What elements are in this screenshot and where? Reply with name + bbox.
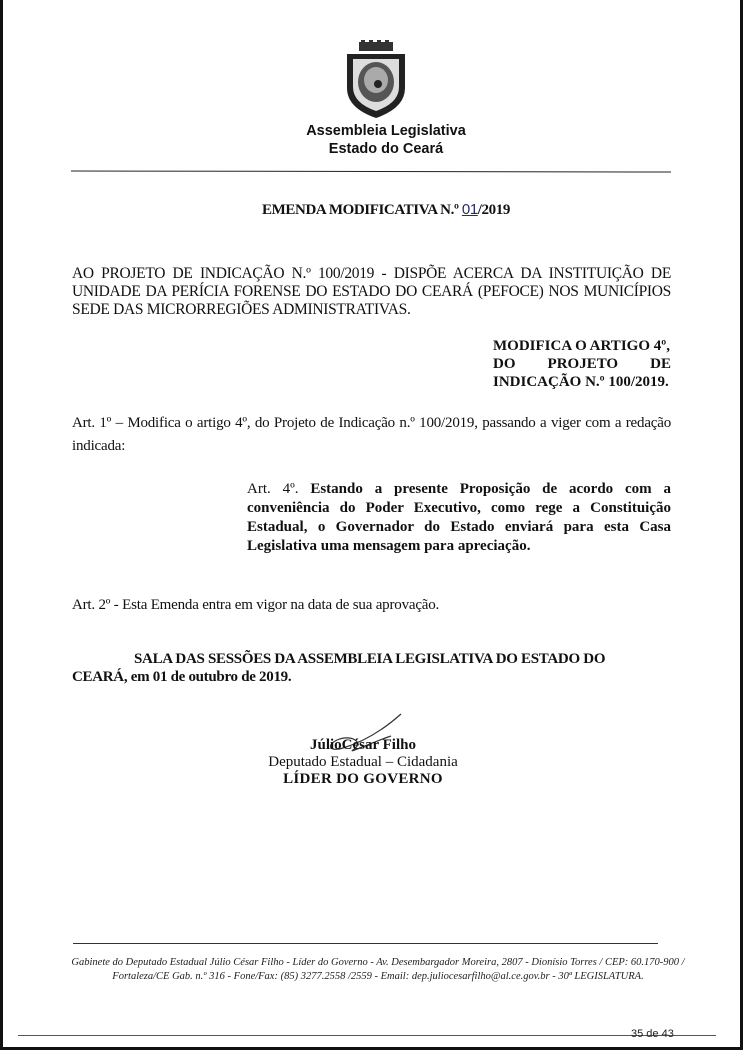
- article-4-label: Art. 4º.: [247, 481, 299, 497]
- modifica-line-3: INDICAÇÃO N.º 100/2019.: [493, 373, 671, 391]
- signer-name: JúlioCésar Filho: [253, 737, 473, 754]
- footer-line-1: Gabinete do Deputado Estadual Júlio Césa…: [63, 956, 693, 970]
- closing-statement: SALA DAS SESSÕES DA ASSEMBLEIA LEGISLATI…: [72, 650, 612, 686]
- footer-divider: [73, 943, 658, 944]
- signer-role: Deputado Estadual – Cidadania: [253, 754, 473, 771]
- title-suffix: /2019: [478, 202, 510, 218]
- amendment-subject: AO PROJETO DE INDICAÇÃO N.º 100/2019 - D…: [72, 265, 671, 319]
- title-prefix: EMENDA MODIFICATIVA N.º: [262, 202, 462, 218]
- article-4-quote: Art. 4º. Estando a presente Proposição d…: [247, 480, 671, 556]
- closing-line-1: SALA DAS SESSÕES DA ASSEMBLEIA LEGISLATI…: [134, 651, 605, 667]
- coat-of-arms-icon: [341, 40, 411, 120]
- modifica-word: DE: [650, 355, 671, 373]
- institution-name: Assembleia Legislativa: [203, 122, 569, 140]
- footer-line-2: Fortaleza/CE Gab. n.º 316 - Fone/Fax: (8…: [63, 970, 693, 984]
- handwritten-number: 01: [462, 201, 478, 218]
- modifica-word: PROJETO: [548, 355, 619, 373]
- amendment-title: EMENDA MODIFICATIVA N.º 01/2019: [203, 201, 569, 219]
- footer-address: Gabinete do Deputado Estadual Júlio Césa…: [63, 956, 693, 984]
- page-indicator: 35 de 43: [631, 1028, 674, 1040]
- header-divider: [71, 170, 671, 172]
- modifica-word: DO: [493, 355, 516, 373]
- page-bottom-rule: [18, 1035, 716, 1036]
- modifica-block: MODIFICA O ARTIGO 4º, DO PROJETO DE INDI…: [493, 337, 671, 391]
- modifica-line-1: MODIFICA O ARTIGO 4º,: [493, 337, 671, 355]
- closing-line-2: CEARÁ, em 01 de outubro de 2019.: [72, 669, 291, 685]
- modifica-line-2: DO PROJETO DE: [493, 355, 671, 373]
- article-4-text: Estando a presente Proposição de acordo …: [247, 481, 671, 554]
- article-1: Art. 1º – Modifica o artigo 4º, do Proje…: [72, 412, 671, 458]
- signer-title: LÍDER DO GOVERNO: [253, 771, 473, 788]
- document-page: Assembleia Legislativa Estado do Ceará E…: [0, 0, 743, 1050]
- institution-state: Estado do Ceará: [203, 140, 569, 158]
- article-2: Art. 2º - Esta Emenda entra em vigor na …: [72, 597, 439, 614]
